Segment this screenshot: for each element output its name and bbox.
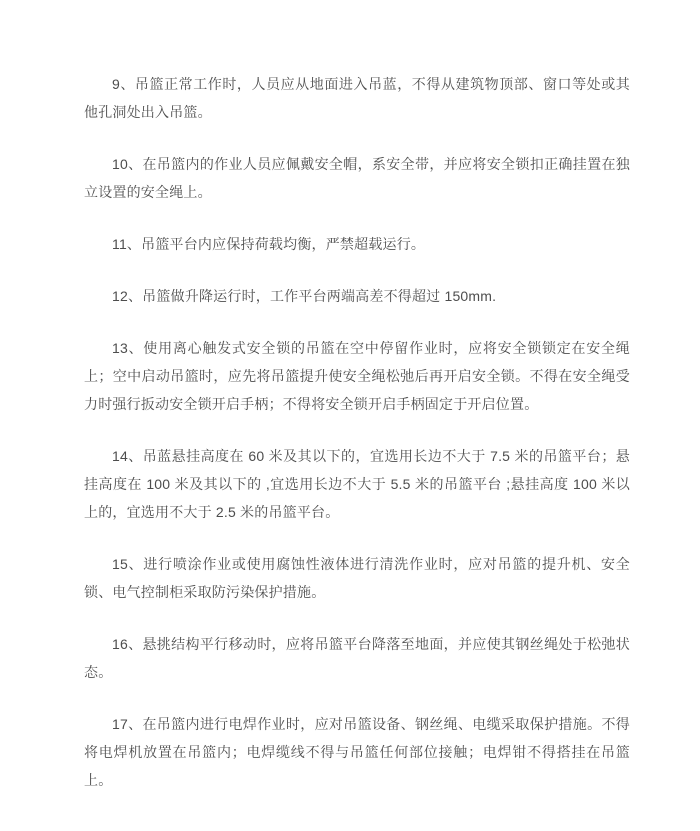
- clause-paragraph-12: 12、吊篮做升降运行时，工作平台两端高差不得超过 150mm.: [84, 282, 630, 310]
- clause-paragraph-13: 13、使用离心触发式安全锁的吊篮在空中停留作业时，应将安全锁锁定在安全绳上；空中…: [84, 334, 630, 418]
- clause-paragraph-15: 15、进行喷涂作业或使用腐蚀性液体进行清洗作业时，应对吊篮的提升机、安全锁、电气…: [84, 550, 630, 606]
- clause-paragraph-11: 11、吊篮平台内应保持荷载均衡，严禁超载运行。: [84, 230, 630, 258]
- clause-paragraph-16: 16、悬挑结构平行移动时，应将吊篮平台降落至地面，并应使其钢丝绳处于松弛状态。: [84, 630, 630, 686]
- document-page: 9、吊篮正常工作时，人员应从地面进入吊蓝，不得从建筑物顶部、窗口等处或其他孔洞处…: [0, 0, 700, 831]
- clause-paragraph-17: 17、在吊篮内进行电焊作业时，应对吊篮设备、钢丝绳、电缆采取保护措施。不得将电焊…: [84, 710, 630, 794]
- clause-paragraph-9: 9、吊篮正常工作时，人员应从地面进入吊蓝，不得从建筑物顶部、窗口等处或其他孔洞处…: [84, 70, 630, 126]
- clause-paragraph-10: 10、在吊篮内的作业人员应佩戴安全帽，系安全带，并应将安全锁扣正确挂置在独立设置…: [84, 150, 630, 206]
- clause-paragraph-14: 14、吊蓝悬挂高度在 60 米及其以下的，宜选用长边不大于 7.5 米的吊篮平台…: [84, 442, 630, 526]
